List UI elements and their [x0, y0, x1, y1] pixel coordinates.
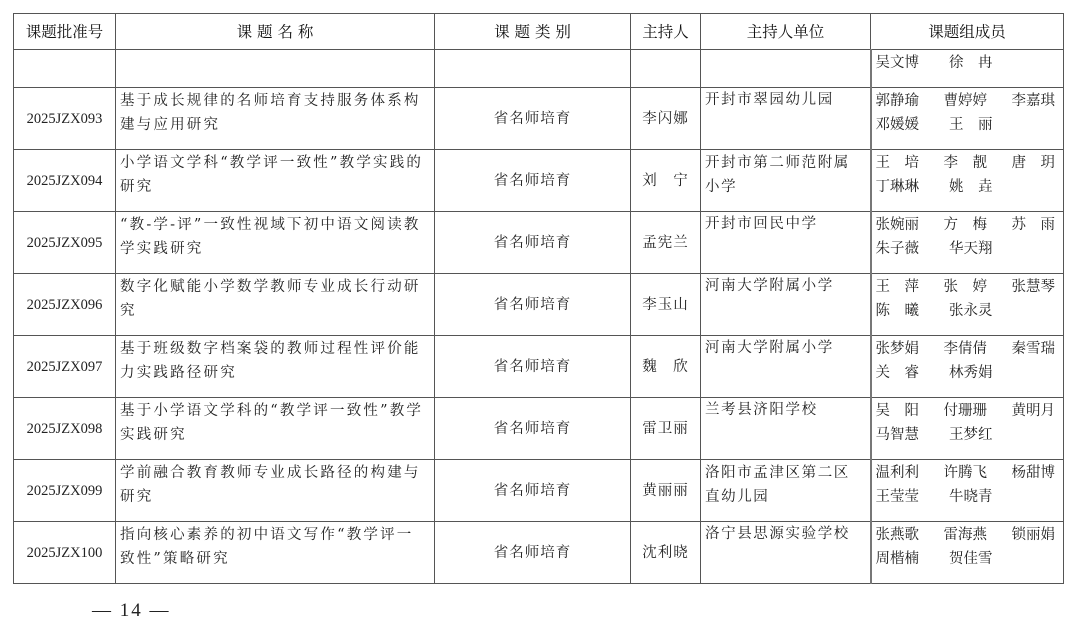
cell-members: 张燕歌雷海燕锁丽娟周楷楠贺佳雪: [871, 522, 1064, 584]
cell-host: 黄丽丽: [631, 460, 701, 522]
member-name: 温利利: [876, 461, 920, 485]
header-unit: 主持人单位: [701, 14, 871, 50]
cell-category: 省名师培育: [435, 212, 631, 274]
member-name: 张梦娟: [876, 337, 920, 361]
cell-members: 吴文博 徐 冉: [871, 50, 1064, 88]
members-line: 吴 阳付珊珊黄明月: [876, 399, 1060, 423]
member-name: 唐 玥: [1012, 151, 1056, 175]
member-name: 曹婷婷: [944, 89, 988, 113]
members-line: 邓媛媛王 丽: [876, 113, 1060, 137]
header-members: 课题组成员: [871, 14, 1064, 50]
cell-code: 2025JZX095: [14, 212, 116, 274]
cell-members: 郭静瑜曹婷婷李嘉琪邓媛媛王 丽: [871, 88, 1064, 150]
member-name: 邓媛媛: [876, 113, 920, 137]
table-row: 2025JZX094小学语文学科“教学评一致性”教学实践的研究省名师培育刘 宁开…: [14, 150, 1064, 212]
member-name: 华天翔: [949, 237, 993, 261]
member-name: 姚 垚: [949, 175, 993, 199]
members-line: 关 睿林秀娟: [876, 361, 1060, 385]
members-line: 陈 曦张永灵: [876, 299, 1060, 323]
cell-unit: 河南大学附属小学: [701, 336, 871, 398]
continuation-row: 吴文博 徐 冉: [14, 50, 1064, 88]
table-row: 2025JZX100指向核心素养的初中语文写作“教学评一致性”策略研究省名师培育…: [14, 522, 1064, 584]
table-row: 2025JZX096数字化赋能小学数学教师专业成长行动研究省名师培育李玉山河南大…: [14, 274, 1064, 336]
header-category: 课 题 类 别: [435, 14, 631, 50]
member-name: 杨甜博: [1012, 461, 1056, 485]
cell-code: 2025JZX098: [14, 398, 116, 460]
cell-code: 2025JZX097: [14, 336, 116, 398]
cell-unit: 开封市翠园幼儿园: [701, 88, 871, 150]
member-name: 郭静瑜: [876, 89, 920, 113]
cell-host: 李玉山: [631, 274, 701, 336]
cell-unit: 开封市第二师范附属小学: [701, 150, 871, 212]
member-name: 朱子薇: [876, 237, 920, 261]
cell-title: 小学语文学科“教学评一致性”教学实践的研究: [116, 150, 435, 212]
members-line: 丁琳琳姚 垚: [876, 175, 1060, 199]
cell-members: 王 培李 靓唐 玥丁琳琳姚 垚: [871, 150, 1064, 212]
members-line: 张婉丽方 梅苏 雨: [876, 213, 1060, 237]
member-name: 张燕歌: [876, 523, 920, 547]
header-title: 课 题 名 称: [116, 14, 435, 50]
member-name: 王 丽: [949, 113, 993, 137]
cell-title: [116, 50, 435, 88]
cell-code: 2025JZX099: [14, 460, 116, 522]
table-row: 2025JZX098基于小学语文学科的“教学评一致性”教学实践研究省名师培育雷卫…: [14, 398, 1064, 460]
member-name: 锁丽娟: [1012, 523, 1056, 547]
members-line: 张燕歌雷海燕锁丽娟: [876, 523, 1060, 547]
cell-unit: 河南大学附属小学: [701, 274, 871, 336]
members-line: 王 萍张 婷张慧琴: [876, 275, 1060, 299]
member-name: 付珊珊: [944, 399, 988, 423]
member-name: 李倩倩: [944, 337, 988, 361]
members-line: 朱子薇华天翔: [876, 237, 1060, 261]
member-name: 苏 雨: [1012, 213, 1056, 237]
member-name: 雷海燕: [944, 523, 988, 547]
cell-members: 吴 阳付珊珊黄明月马智慧王梦红: [871, 398, 1064, 460]
member-name: 关 睿: [876, 361, 920, 385]
cell-host: 雷卫丽: [631, 398, 701, 460]
table-row: 2025JZX097基于班级数字档案袋的教师过程性评价能力实践路径研究省名师培育…: [14, 336, 1064, 398]
project-table: 课题批准号 课 题 名 称 课 题 类 别 主持人 主持人单位 课题组成员 吴文…: [13, 13, 1064, 584]
members-line: 周楷楠贺佳雪: [876, 547, 1060, 571]
cell-host: 李闪娜: [631, 88, 701, 150]
cell-unit: 开封市回民中学: [701, 212, 871, 274]
member-name: 张慧琴: [1012, 275, 1056, 299]
member-name: 黄明月: [1012, 399, 1056, 423]
cell-category: 省名师培育: [435, 336, 631, 398]
cell-title: “教-学-评”一致性视域下初中语文阅读教学实践研究: [116, 212, 435, 274]
cell-title: 学前融合教育教师专业成长路径的构建与研究: [116, 460, 435, 522]
member-name: 王 培: [876, 151, 920, 175]
member-name: 马智慧: [876, 423, 920, 447]
table-row: 2025JZX099学前融合教育教师专业成长路径的构建与研究省名师培育黄丽丽洛阳…: [14, 460, 1064, 522]
header-code: 课题批准号: [14, 14, 116, 50]
cell-host: [631, 50, 701, 88]
member-name: 许腾飞: [944, 461, 988, 485]
cell-code: 2025JZX094: [14, 150, 116, 212]
member-name: 张 婷: [944, 275, 988, 299]
cell-host: 孟宪兰: [631, 212, 701, 274]
member-name: 贺佳雪: [949, 547, 993, 571]
cell-host: 刘 宁: [631, 150, 701, 212]
cell-members: 张梦娟李倩倩秦雪瑞关 睿林秀娟: [871, 336, 1064, 398]
cell-unit: 洛阳市孟津区第二区直幼儿园: [701, 460, 871, 522]
member-name: 陈 曦: [876, 299, 920, 323]
cell-category: 省名师培育: [435, 398, 631, 460]
cell-category: 省名师培育: [435, 88, 631, 150]
table-row: 2025JZX093基于成长规律的名师培育支持服务体系构建与应用研究省名师培育李…: [14, 88, 1064, 150]
members-line: 王莹莹牛晓青: [876, 485, 1060, 509]
members-line: 吴文博 徐 冉: [876, 51, 1060, 75]
cell-unit: [701, 50, 871, 88]
cell-code: 2025JZX100: [14, 522, 116, 584]
cell-category: 省名师培育: [435, 274, 631, 336]
cell-category: 省名师培育: [435, 460, 631, 522]
table-row: 2025JZX095“教-学-评”一致性视域下初中语文阅读教学实践研究省名师培育…: [14, 212, 1064, 274]
cell-host: 魏 欣: [631, 336, 701, 398]
member-name: 方 梅: [944, 213, 988, 237]
member-name: 吴 阳: [876, 399, 920, 423]
members-line: 温利利许腾飞杨甜博: [876, 461, 1060, 485]
cell-unit: 兰考县济阳学校: [701, 398, 871, 460]
member-name: 丁琳琳: [876, 175, 920, 199]
member-name: 王梦红: [949, 423, 993, 447]
members-line: 张梦娟李倩倩秦雪瑞: [876, 337, 1060, 361]
cell-title: 基于成长规律的名师培育支持服务体系构建与应用研究: [116, 88, 435, 150]
cell-title: 指向核心素养的初中语文写作“教学评一致性”策略研究: [116, 522, 435, 584]
cell-title: 基于小学语文学科的“教学评一致性”教学实践研究: [116, 398, 435, 460]
member-name: 徐 冉: [949, 51, 993, 75]
member-name: 王 萍: [876, 275, 920, 299]
header-row: 课题批准号 课 题 名 称 课 题 类 别 主持人 主持人单位 课题组成员: [14, 14, 1064, 50]
member-name: 周楷楠: [876, 547, 920, 571]
member-name: 林秀娟: [949, 361, 993, 385]
cell-code: [14, 50, 116, 88]
cell-category: [435, 50, 631, 88]
cell-category: 省名师培育: [435, 522, 631, 584]
members-line: 王 培李 靓唐 玥: [876, 151, 1060, 175]
cell-category: 省名师培育: [435, 150, 631, 212]
members-line: 马智慧王梦红: [876, 423, 1060, 447]
cell-code: 2025JZX096: [14, 274, 116, 336]
member-name: 李 靓: [944, 151, 988, 175]
member-name: 秦雪瑞: [1012, 337, 1056, 361]
member-name: 张永灵: [949, 299, 993, 323]
header-host: 主持人: [631, 14, 701, 50]
cell-title: 基于班级数字档案袋的教师过程性评价能力实践路径研究: [116, 336, 435, 398]
member-name: 张婉丽: [876, 213, 920, 237]
member-name: 牛晓青: [949, 485, 993, 509]
cell-members: 王 萍张 婷张慧琴陈 曦张永灵: [871, 274, 1064, 336]
member-name: 吴文博: [876, 51, 920, 75]
cell-host: 沈利晓: [631, 522, 701, 584]
cell-title: 数字化赋能小学数学教师专业成长行动研究: [116, 274, 435, 336]
cell-members: 张婉丽方 梅苏 雨朱子薇华天翔: [871, 212, 1064, 274]
cell-unit: 洛宁县思源实验学校: [701, 522, 871, 584]
members-line: 郭静瑜曹婷婷李嘉琪: [876, 89, 1060, 113]
page-number: — 14 —: [92, 600, 171, 622]
member-name: 王莹莹: [876, 485, 920, 509]
member-name: 李嘉琪: [1012, 89, 1056, 113]
cell-members: 温利利许腾飞杨甜博王莹莹牛晓青: [871, 460, 1064, 522]
cell-code: 2025JZX093: [14, 88, 116, 150]
